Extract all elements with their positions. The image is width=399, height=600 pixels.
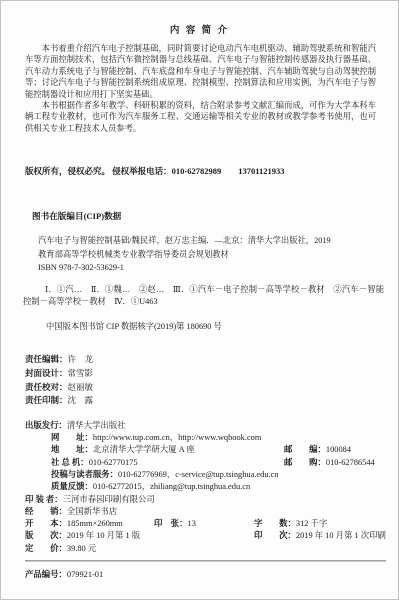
summary-paragraph-1: 本书着重介绍汽车电子控制基础，同时简要讨论电动汽车电机驱动、辅助驾驶系统和智能汽… xyxy=(25,43,376,100)
staff-block: 责任编辑：许 龙 封面设计：常雪影 责任校对：赵丽敏 责任印制：沈 露 xyxy=(25,353,398,407)
proofreader-label: 责任校对： xyxy=(25,382,68,392)
postcode-label: 邮 编： xyxy=(284,445,326,454)
editor-label: 责任编辑： xyxy=(25,354,68,364)
print-supervisor-value: 沈 露 xyxy=(68,395,94,405)
switchboard-value: 010-62770175 xyxy=(89,458,138,467)
sheets-label: 印 张： xyxy=(154,519,188,528)
print-supervisor-label: 责任印制： xyxy=(25,395,68,405)
summary-paragraph-2: 本书根据作者多年教学、科研积累的资料，结合附录参考文献汇编而成，可作为大学本科车… xyxy=(25,100,376,134)
copyright-notice: 版权所有，侵权必究。 侵权举报电话：010-62782989 137011219… xyxy=(25,165,398,177)
edition-row: 版 次：2019 年 10 月第 1 版 印 次：2019 年 10 月第 1 … xyxy=(25,530,398,542)
staff-row-editor: 责任编辑：许 龙 xyxy=(25,353,398,367)
distributor-value: 全国新华书店 xyxy=(67,507,117,516)
printer-label: 印 装 者： xyxy=(25,495,63,504)
sheets-cell: 印 张：13 xyxy=(154,518,196,530)
word-count-label: 字 数： xyxy=(254,519,296,528)
cip-isbn-line: ISBN 978-7-302-53629-1 xyxy=(38,261,378,275)
edition-value: 2019 年 10 月第 1 版 xyxy=(67,531,140,540)
cip-series-line: 教育部高等学校机械类专业教学指导委员会规划教材 xyxy=(38,248,378,262)
publisher-label: 出版发行： xyxy=(25,421,67,430)
quality-feedback-row: 质量反馈：010-62772015，zhiliang@tup.tsinghua.… xyxy=(25,481,398,493)
price-label: 定 价： xyxy=(25,544,67,553)
quality-feedback-value: 010-62772015，zhiliang@tup.tsinghua.edu.c… xyxy=(93,482,250,491)
impression-cell: 印 次：2019 年 10 月第 1 次印刷 xyxy=(254,530,386,542)
editor-value: 许 龙 xyxy=(68,354,94,364)
reader-service-label: 投稿与读者服务： xyxy=(51,470,118,479)
copyright-page: 内 容 简 介 本书着重介绍汽车电子控制基础，同时简要讨论电动汽车电机驱动、辅助… xyxy=(0,0,399,600)
colophon-block: 出版发行：清华大学出版社 网 址：http://www.tup.com.cn，h… xyxy=(25,420,398,555)
cip-registry-line: 中国版本图书馆 CIP 数据核字(2019)第 180690 号 xyxy=(46,320,398,332)
proofreader-value: 赵丽敏 xyxy=(68,382,94,392)
mail-order-cell: 邮 购：010-62786544 xyxy=(284,457,375,469)
word-count-value: 312 千字 xyxy=(296,519,327,528)
price-row: 定 价：39.80 元 xyxy=(25,543,398,555)
mail-order-label: 邮 购： xyxy=(284,458,326,467)
product-code-value: 079921-01 xyxy=(67,570,103,579)
publisher-value: 清华大学出版社 xyxy=(67,421,126,430)
distributor-row: 经 销：全国新华书店 xyxy=(25,506,398,518)
address-row: 地 址：北京清华大学学研大厦 A 座 邮 编：100084 xyxy=(25,444,398,456)
cip-classification-line: Ⅰ．①汽… Ⅱ．①魏… ②赵… Ⅲ．①汽车－电子控制－高等学校－教材 ②汽车－智… xyxy=(23,284,384,308)
summary-body: 本书着重介绍汽车电子控制基础，同时简要讨论电动汽车电机驱动、辅助驾驶系统和智能汽… xyxy=(25,43,376,134)
website-row: 网 址：http://www.tup.com.cn，http://www.wqb… xyxy=(25,432,398,444)
postcode-value: 100084 xyxy=(326,445,351,454)
cip-body: 汽车电子与智能控制基础/魏民祥，赵万忠主编．—北京：清华大学出版社，2019 教… xyxy=(38,234,378,275)
summary-title: 内 容 简 介 xyxy=(1,22,398,36)
printer-value: 三河市春园印刷有限公司 xyxy=(63,495,155,504)
word-count-cell: 字 数：312 千字 xyxy=(254,518,327,530)
product-code-line: 产品编号：079921-01 xyxy=(25,568,398,580)
switchboard-label: 社 总 机： xyxy=(51,458,89,467)
mail-order-value: 010-62786544 xyxy=(326,458,375,467)
switchboard-row: 社 总 机：010-62770175 邮 购：010-62786544 xyxy=(25,457,398,469)
distributor-label: 经 销： xyxy=(25,507,67,516)
impression-label: 印 次： xyxy=(254,531,296,540)
staff-row-cover: 封面设计：常雪影 xyxy=(25,367,398,381)
address-label: 地 址： xyxy=(51,445,93,454)
cover-designer-value: 常雪影 xyxy=(68,368,94,378)
address-value: 北京清华大学学研大厦 A 座 xyxy=(93,445,195,454)
printer-row: 印 装 者：三河市春园印刷有限公司 xyxy=(25,494,398,506)
staff-row-proofreader: 责任校对：赵丽敏 xyxy=(25,381,398,395)
reader-service-row: 投稿与读者服务：010-62776969，c-service@tup.tsing… xyxy=(25,469,398,481)
publisher-row: 出版发行：清华大学出版社 xyxy=(25,420,398,432)
footer-divider xyxy=(25,560,386,562)
cover-designer-label: 封面设计： xyxy=(25,368,68,378)
edition-label: 版 次： xyxy=(25,531,67,540)
reader-service-value: 010-62776969，c-service@tup.tsinghua.edu.… xyxy=(118,470,279,479)
postcode-cell: 邮 编：100084 xyxy=(284,444,351,456)
cip-book-line: 汽车电子与智能控制基础/魏民祥，赵万忠主编．—北京：清华大学出版社，2019 xyxy=(38,234,378,248)
format-row: 开 本：185mm×260mm 印 张：13 字 数：312 千字 xyxy=(25,518,398,530)
impression-value: 2019 年 10 月第 1 次印刷 xyxy=(296,531,386,540)
cip-header: 图书在版编目(CIP)数据 xyxy=(32,210,398,222)
quality-feedback-label: 质量反馈： xyxy=(51,482,93,491)
website-value: http://www.tup.com.cn，http://www.wqbook.… xyxy=(93,433,262,442)
website-label: 网 址： xyxy=(51,433,93,442)
price-value: 39.80 元 xyxy=(67,544,96,553)
format-value: 185mm×260mm xyxy=(67,519,123,528)
product-code-label: 产品编号： xyxy=(25,570,67,579)
staff-row-print-supervisor: 责任印制：沈 露 xyxy=(25,394,398,408)
sheets-value: 13 xyxy=(188,519,196,528)
format-label: 开 本： xyxy=(25,519,67,528)
